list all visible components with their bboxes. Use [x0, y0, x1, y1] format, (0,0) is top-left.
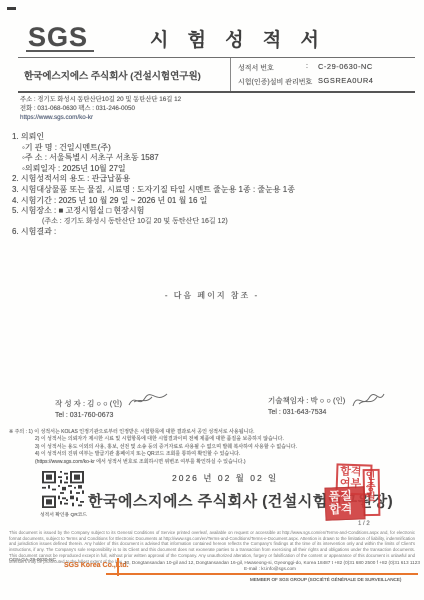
document-control-code: CGN-GA-29-0630-NC [9, 558, 56, 563]
list-item-sample: 3. 시험대상물품 또는 물질, 시료명 : 도자기질 타일 시멘트 줄눈용 1… [12, 185, 295, 196]
issuer-phone-fax: 전화 : 031-068-0630 팩스 : 031-246-0050 [20, 104, 181, 113]
scanned-test-report-page: { "logo": { "text": "SGS" }, "title": "시… [0, 0, 424, 600]
issuer-website-link: https://www.sgs.com/ko-kr [20, 113, 181, 122]
author-tel: Tel : 031-760-0673 [55, 412, 122, 419]
page-number-note: 1 / 2 [358, 521, 370, 527]
report-number-value: C-29-0630-NC [318, 62, 373, 71]
page-title: 시 험 성 적 서 [150, 25, 326, 52]
qr-caption: 성적서 확인용 QR코드 [40, 511, 87, 518]
caution-line: 2) 이 성적서는 의뢰자가 제시한 시료 및 시험항목에 대한 시험결과이며 … [9, 436, 297, 443]
next-page-note: - 다음 페이지 참조 - [0, 290, 424, 301]
footer-member-line: MEMBER OF SGS GROUP (SOCIÉTÉ GÉNÉRALE DE… [250, 577, 401, 582]
table-divider [230, 58, 231, 91]
equipment-number-colon: : [306, 77, 308, 84]
reviewer-handwritten-signature [347, 386, 387, 412]
footer-horizontal-rule [106, 573, 418, 575]
list-item-org-address: ◦주 소 : 서울특별시 서초구 서초동 1587 [12, 153, 295, 164]
list-item-request-date: ◦의뢰일자 : 2025년 10월 27일 [12, 164, 295, 175]
reviewer-tel: Tel : 031-643-7534 [268, 409, 345, 416]
footer-brand: SGS Korea Co.,Ltd. [64, 562, 129, 569]
certified-seal: 인증필 [363, 469, 381, 516]
report-info-table: 한국에스지에스 주식회사 (건설시험연구원) 성적서 번호 : C-29-063… [18, 57, 415, 93]
issue-date: 2026 년 02 월 02 일 [172, 472, 278, 484]
caution-notes: ※ 주의 : 1) 이 성적서는 KOLAS 인정기관으로부터 인정받은 시험항… [9, 429, 297, 466]
issuer-contact-block: 주소 : 경기도 화성시 동탄산단10길 20 및 동탄산단 16길 12 전화… [20, 95, 181, 122]
list-item-location-address: (주소 : 경기도 화성시 동탄산단 10길 20 및 동탄산단 16길 12) [12, 217, 295, 228]
issuer-address: 주소 : 경기도 화성시 동탄산단10길 20 및 동탄산단 16길 12 [20, 95, 181, 104]
equipment-number-value: SGSREA0UR4 [318, 76, 373, 85]
list-item-client: 1. 의뢰인 [12, 132, 295, 143]
list-item-test-location: 5. 시험장소 : ■ 고정시험실 □ 현장시험 [12, 206, 295, 217]
list-item-test-result: 6. 시험결과 : [12, 227, 295, 238]
issuer-name: 한국에스지에스 주식회사 (건설시험연구원) [24, 68, 201, 82]
equipment-number-label: 시험(인증)설비 관리번호 [238, 77, 312, 87]
request-details-list: 1. 의뢰인 ◦기 관 명 : 건일시멘트(주) ◦주 소 : 서울특별시 서초… [12, 132, 295, 238]
author-role-line: 작 성 자 : 김 ○ ○ (인) [55, 398, 122, 409]
qr-code [42, 471, 84, 508]
caution-line: 4) 이 성적서의 진위 여부는 발급기관 홈페이지 또는 QR코드 조회를 통… [9, 451, 297, 458]
author-handwritten-signature [126, 388, 170, 412]
report-number-colon: : [306, 63, 308, 70]
author-signature-block: 작 성 자 : 김 ○ ○ (인) Tel : 031-760-0673 [55, 398, 122, 419]
caution-line: (https://www.sgs.com/ko-kr 에서 성적서 번호로 조회… [9, 459, 297, 466]
official-stamp-seal: 품질합격 [324, 486, 365, 520]
footer-address-line1: 20, Dongtansandan 10-gil and 12, Dongtan… [124, 560, 416, 565]
report-number-label: 성적서 번호 [238, 63, 274, 73]
footer-address-line2: E-mail : kr.info@sgs.com [124, 566, 416, 571]
reviewer-signature-block: 기술책임자 : 박 ○ ○ (인) Tel : 031-643-7534 [268, 395, 345, 416]
sgs-logo: SGS [28, 22, 88, 53]
sgs-logo-underline [26, 50, 94, 52]
scan-artifact [7, 7, 16, 10]
list-item-purpose: 2. 시험성적서의 용도 : 관급납품용 [12, 174, 295, 185]
reviewer-role-line: 기술책임자 : 박 ○ ○ (인) [268, 395, 345, 406]
list-item-test-period: 4. 시험기간 : 2025 년 10 월 29 일 ~ 2026 년 01 월… [12, 196, 295, 207]
list-item-org-name: ◦기 관 명 : 건일시멘트(주) [12, 143, 295, 154]
